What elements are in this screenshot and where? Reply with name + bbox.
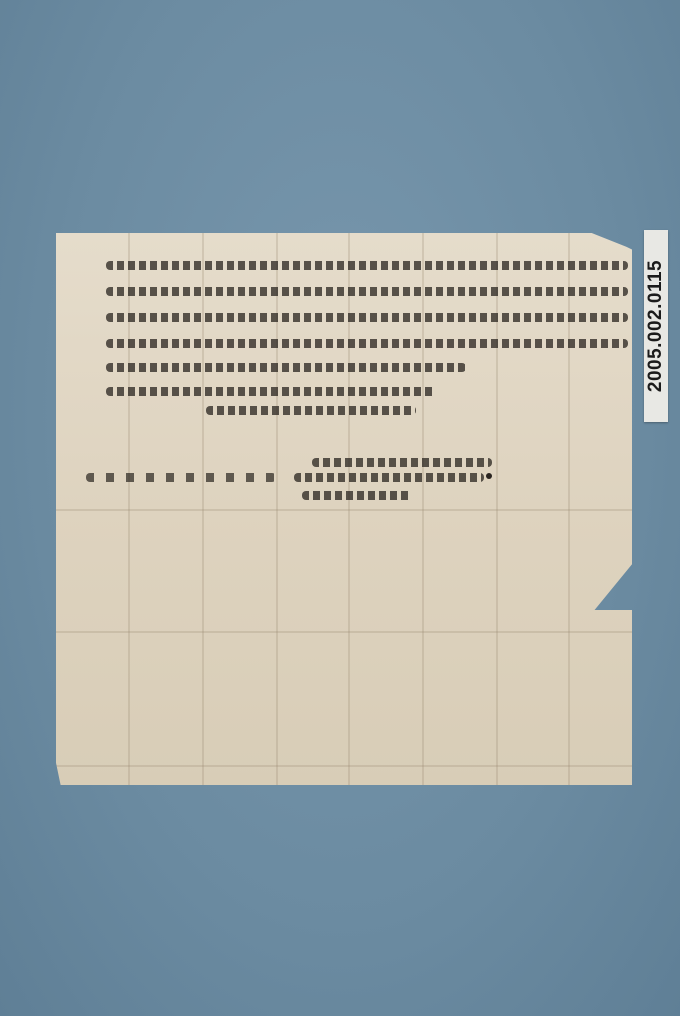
- handwritten-line: [106, 387, 436, 396]
- fold-crease: [56, 631, 632, 633]
- seal-mark-icon: [486, 473, 492, 479]
- handwritten-line: [106, 313, 628, 322]
- handwritten-line: [206, 406, 416, 415]
- signature-line: [294, 473, 484, 482]
- signature-line: [302, 491, 412, 500]
- signature-line: [312, 458, 492, 467]
- fold-crease: [56, 509, 632, 511]
- handwritten-line: [106, 287, 628, 296]
- handwritten-line: [106, 363, 466, 372]
- handwritten-line: [106, 339, 628, 348]
- fold-crease: [56, 765, 632, 767]
- handwritten-line: [106, 261, 628, 270]
- document-paper: [56, 233, 632, 785]
- catalogue-number: 2005.002.0115: [645, 260, 667, 392]
- catalogue-number-label: 2005.002.0115: [644, 230, 668, 422]
- date-line: [86, 473, 276, 482]
